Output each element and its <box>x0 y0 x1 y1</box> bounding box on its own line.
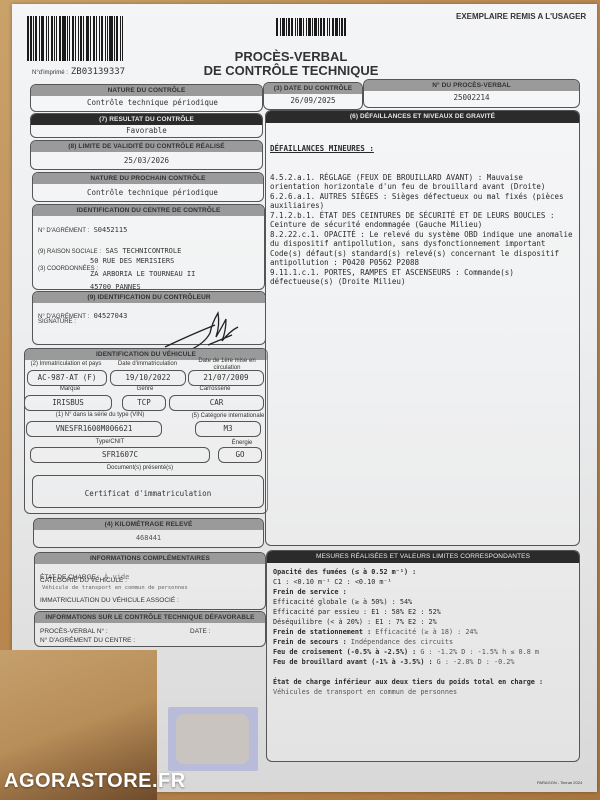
section-limite-validite: (8) LIMITE DE VALIDITÉ DU CONTRÔLE RÉALI… <box>30 140 263 170</box>
resultat-value: Favorable <box>31 125 262 135</box>
section-defaillances: (6) DÉFAILLANCES ET NIVEAUX DE GRAVITÉ D… <box>265 110 580 546</box>
type-cnit-field: SFR1607C <box>30 447 210 463</box>
envelope-window <box>168 707 258 771</box>
prochain-controle-value: Contrôle technique périodique <box>33 184 263 197</box>
mesure-line: Déséquilibre (< à 20%) : E1 : 7% E2 : 2% <box>273 617 573 627</box>
mesure-line: Opacité des fumées (≤ à 0.52 m⁻¹) : <box>273 567 573 577</box>
centre-agrement-value: S0452115 <box>94 226 128 234</box>
nature-controle-value: Contrôle technique périodique <box>31 96 262 107</box>
premiere-mise-circulation-field: 21/07/2009 <box>188 370 264 386</box>
mesure-line: Efficacité par essieu : E1 : 58% E2 : 52… <box>273 607 573 617</box>
defaillance-item: 8.2.22.c.1. OPACITÉ : Le relevé du systè… <box>270 230 575 268</box>
mesure-line: Feu de croisement (-0.5% à -2.5%) : G : … <box>273 647 573 657</box>
defaillance-item: 7.1.2.b.1. ÉTAT DES CEINTURES DE SÉCURIT… <box>270 211 575 230</box>
print-number: N°d'imprimé :ZB03139337 <box>32 67 125 77</box>
copy-label: EXEMPLAIRE REMIS A L'USAGER <box>456 12 586 21</box>
section-prochain-controle: NATURE DU PROCHAIN CONTRÔLE Contrôle tec… <box>32 172 264 202</box>
centre-raison-sociale: SAS TECHNICONTROLE <box>105 247 181 255</box>
section-kilometrage: (4) KILOMÉTRAGE RELEVÉ 468441 <box>33 518 264 548</box>
mesure-line: Feu de brouillard avant (-1% à -3.5%) : … <box>273 657 573 667</box>
mesure-line: État de charge inférieur aux deux tiers … <box>273 677 573 697</box>
document-title: PROCÈS-VERBAL DE CONTRÔLE TECHNIQUE <box>196 50 386 78</box>
defaillance-item: 6.2.6.a.1. AUTRES SIÈGES : Sièges défect… <box>270 192 575 211</box>
limite-validite-value: 25/03/2026 <box>31 152 262 165</box>
date-controle-value: 26/09/2025 <box>264 94 362 105</box>
marque-field: IRISBUS <box>24 395 112 411</box>
immatriculation-field: AC-987-AT (F) <box>27 370 107 386</box>
barcode-center <box>276 18 348 36</box>
categorie-internationale-field: M3 <box>195 421 261 437</box>
section-resultat: (7) RESULTAT DU CONTRÔLE Favorable <box>30 113 263 138</box>
mesure-line: Efficacité globale (≥ à 50%) : 54% <box>273 597 573 607</box>
mesure-line <box>273 667 573 677</box>
mesure-line: Frein de secours : Indépendance des circ… <box>273 637 573 647</box>
watermark: AGORASTORE.FR <box>4 770 186 793</box>
footer-code: PARAGON - Tecnar 2024 <box>537 780 582 785</box>
documents-presentes-field: Certificat d'immatriculation <box>32 475 264 508</box>
section-date-controle: (3) DATE DU CONTRÔLE 26/09/2025 <box>263 82 363 110</box>
section-numero-pv: N° DU PROCÈS-VERBAL 25002214 <box>363 79 580 108</box>
centre-coordonnees: 50 RUE DES MERISIERS ZA ARBORIA LE TOURN… <box>90 255 195 294</box>
kilometrage-value: 468441 <box>34 530 263 542</box>
mesures-list: Opacité des fumées (≤ à 0.52 m⁻¹) :C1 : … <box>267 563 579 701</box>
defaillance-item: 9.11.1.c.1. PORTES, RAMPES ET ASCENSEURS… <box>270 268 575 287</box>
mesure-line: Frein de service : <box>273 587 573 597</box>
categorie-vehicule-value: Véhicule de transport en commun de perso… <box>42 585 188 591</box>
genre-field: TCP <box>122 395 166 411</box>
section-nature-controle: NATURE DU CONTRÔLE Contrôle technique pé… <box>30 84 263 112</box>
energie-field: GO <box>218 447 262 463</box>
defaillances-list: DÉFAILLANCES MINEURES : 4.5.2.a.1. RÉGLA… <box>266 123 579 308</box>
date-immatriculation-field: 19/10/2022 <box>110 370 186 386</box>
mesure-line: Frein de stationnement : Efficacité (≥ à… <box>273 627 573 637</box>
numero-pv-value: 25002214 <box>364 91 579 102</box>
mesure-line: C1 : <0.10 m⁻¹ C2 : <0.10 m⁻¹ <box>273 577 573 587</box>
controleur-agrement-value: 04527043 <box>94 312 128 320</box>
section-mesures: MESURES RÉALISÉES ET VALEURS LIMITES COR… <box>266 550 580 762</box>
section-controle-defavorable: INFORMATIONS SUR LE CONTRÔLE TECHNIQUE D… <box>34 611 266 647</box>
section-centre-controle: IDENTIFICATION DU CENTRE DE CONTRÔLE N° … <box>32 204 265 290</box>
barcode-left <box>27 16 125 61</box>
section-infos-complementaires: INFORMATIONS COMPLÉMENTAIRES ÉTAT DE CHA… <box>34 552 266 610</box>
defaillance-item: 4.5.2.a.1. RÉGLAGE (FEUX DE BROUILLARD A… <box>270 173 575 192</box>
vin-field: VNESFR1600M006621 <box>26 421 162 437</box>
carrosserie-field: CAR <box>169 395 264 411</box>
